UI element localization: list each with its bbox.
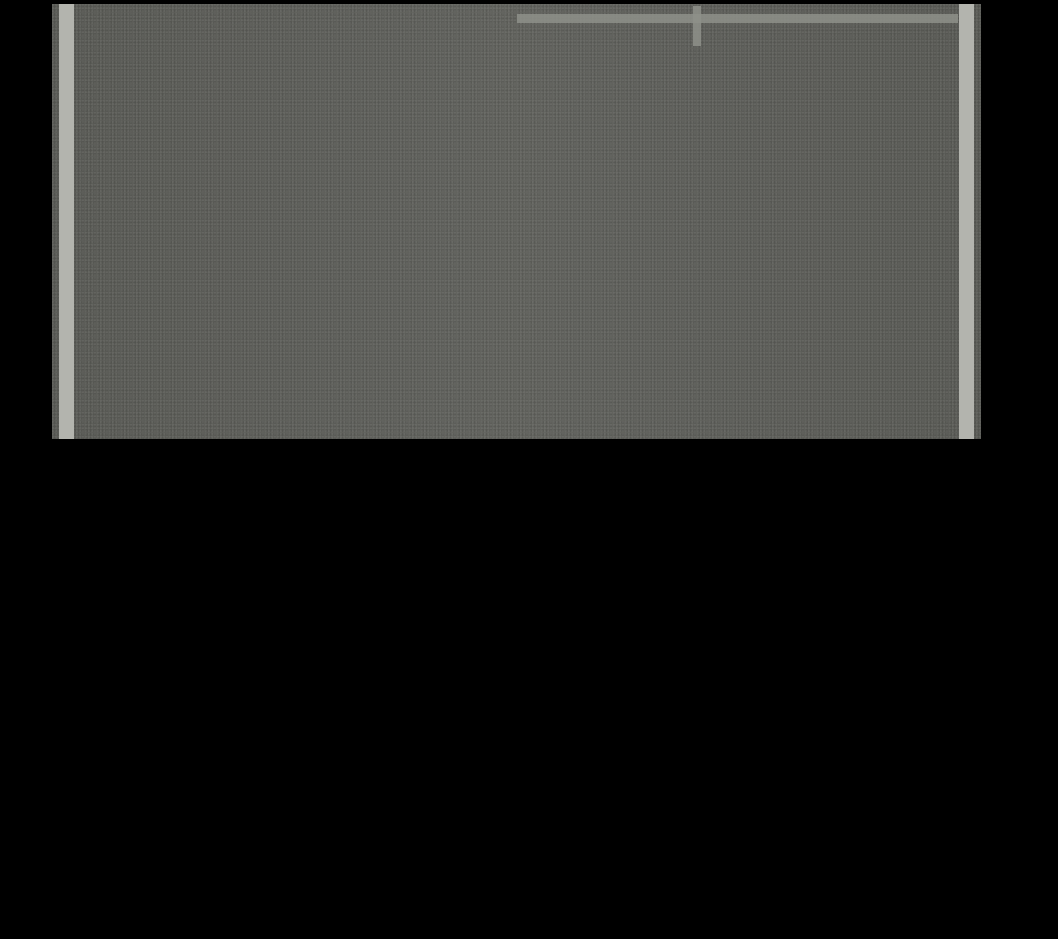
faded-marking-tick	[693, 6, 701, 46]
left-edge-line	[59, 4, 74, 439]
right-edge-line	[959, 4, 974, 439]
asphalt-road-surface	[52, 4, 981, 439]
faded-transverse-marking	[517, 14, 958, 23]
